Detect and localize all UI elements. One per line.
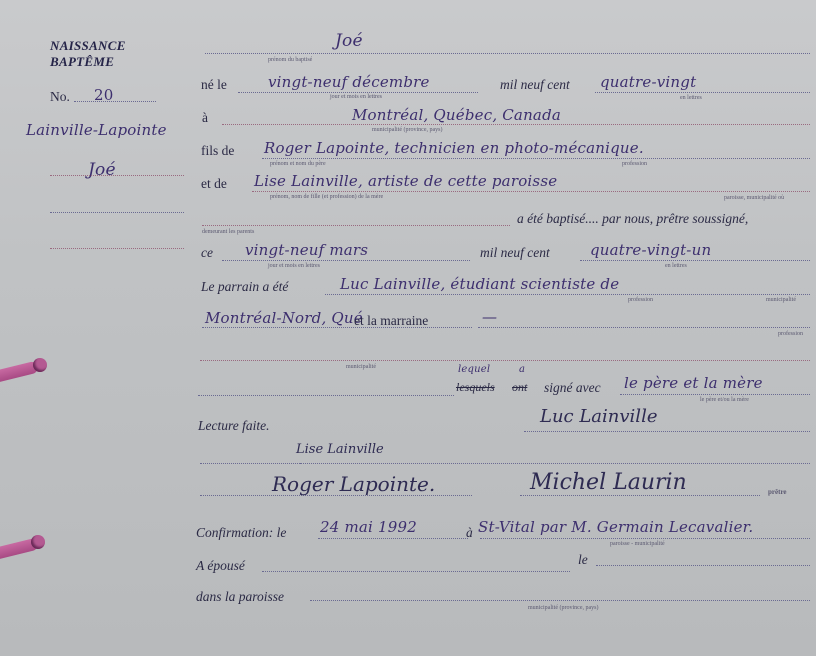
birth-place: Montréal, Québec, Canada (352, 106, 561, 124)
godmother: — (482, 308, 497, 326)
line-before-signed (198, 395, 454, 396)
confirmation-place-prefix: à (466, 525, 473, 541)
confirmation-label: Confirmation: le (196, 525, 286, 541)
signed-with: le père et la mère (624, 374, 763, 392)
label-born: né le (201, 77, 227, 93)
mother: Lise Lainville, artiste de cette paroiss… (254, 172, 557, 190)
line-birth-year (595, 92, 810, 93)
caption-father-name: prénom et nom du père (270, 161, 326, 167)
margin-line-3 (50, 248, 184, 249)
lesquels-struck: lesquels (456, 380, 495, 395)
caption-baptism-year: en lettres (665, 263, 687, 269)
marriage-parish-field[interactable] (310, 600, 810, 601)
caption-municipality: municipalité (346, 364, 376, 370)
caption-birth-date: jour et mois en lettres (330, 94, 382, 100)
marriage-spouse-label: A épousé (196, 558, 245, 574)
label-godmother: et la marraine (354, 313, 428, 329)
heading-naissance: NAISSANCE (50, 38, 126, 54)
record-number-label: No. (50, 89, 70, 105)
label-birth-year-prefix: mil neuf cent (500, 77, 570, 93)
line-confirmation-date (318, 538, 468, 539)
record-number-line (74, 101, 156, 102)
label-place: à (202, 110, 208, 126)
reading-done: Lecture faite. (198, 418, 269, 434)
line-municipality (200, 360, 810, 361)
caption-confirmation: paroisse - municipalité (610, 541, 665, 547)
caption-godfather-profession: profession (628, 297, 653, 303)
signature-godfather: Luc Lainville (540, 406, 657, 427)
line-signature-priest (520, 495, 760, 496)
caption-birth-year: en lettres (680, 95, 702, 101)
label-godfather: Le parrain a été (201, 279, 288, 295)
caption-priest: prêtre (768, 488, 787, 496)
line-signature-2 (300, 463, 810, 464)
margin-line-1 (50, 175, 184, 176)
signature-father: Roger Lapointe. (272, 472, 435, 496)
father: Roger Lapointe, technicien en photo-méca… (264, 139, 644, 157)
line-birth-place (222, 124, 810, 125)
caption-baptism-date: jour et mois en lettres (268, 263, 320, 269)
ont-struck: ont (512, 380, 527, 395)
marriage-parish-label: dans la paroisse (196, 589, 284, 605)
heading-bapteme: BAPTÊME (50, 54, 114, 70)
line-mother (252, 191, 810, 192)
marriage-date-field[interactable] (596, 565, 810, 566)
line-baptism-date (222, 260, 470, 261)
caption-mother: prénom, nom de fille (et profession) de … (270, 194, 383, 200)
signature-priest: Michel Laurin (530, 470, 687, 495)
label-baptism-date: ce (201, 245, 213, 261)
line-child-name (205, 53, 810, 54)
confirmation-place: St-Vital par M. Germain Lecavalier. (478, 518, 753, 536)
line-godfather-place (202, 327, 472, 328)
birth-year: quatre-vingt (600, 73, 696, 91)
godfather-place: Montréal-Nord, Qué (205, 309, 363, 327)
baptism-day-month: vingt-neuf mars (245, 241, 368, 259)
caption-child-name: prénom du baptisé (268, 57, 312, 63)
caption-residence: demeurant les parents (202, 229, 254, 235)
label-baptism-year-prefix: mil neuf cent (480, 245, 550, 261)
margin-given-name: Joé (88, 160, 116, 180)
line-signature-left-a (200, 463, 300, 464)
line-signed-with (620, 394, 810, 395)
caption-godfather-municipality: municipalité (766, 297, 796, 303)
birth-day-month: vingt-neuf décembre (268, 73, 430, 91)
line-residence (202, 225, 510, 226)
child-given-name: Joé (335, 31, 363, 51)
caption-birth-place: municipalité (province, pays) (372, 127, 442, 133)
baptism-year: quatre-vingt-un (590, 241, 711, 259)
line-baptism-year (580, 260, 810, 261)
line-godmother (478, 327, 810, 328)
confirmation-date: 24 mai 1992 (320, 518, 417, 536)
caption-marriage-parish: municipalité (province, pays) (528, 605, 598, 611)
label-mother: et de (201, 176, 227, 192)
godfather: Luc Lainville, étudiant scientiste de (340, 275, 619, 293)
line-father (262, 158, 810, 159)
signed-with-text: signé avec (544, 380, 601, 396)
lequel-handwritten: lequel (458, 364, 490, 375)
caption-signed-with: le père et/ou la mère (700, 397, 749, 403)
label-father: fils de (201, 143, 234, 159)
line-birth-date (238, 92, 478, 93)
marriage-spouse-field[interactable] (262, 571, 570, 572)
marriage-date-label: le (578, 552, 588, 568)
caption-mother-right: paroisse, municipalité où (724, 195, 784, 201)
margin-family-name: Lainville-Lapointe (26, 121, 167, 139)
a-handwritten: a (519, 364, 525, 375)
baptized-text: a été baptisé.... par nous, prêtre souss… (517, 211, 748, 227)
caption-father-profession: profession (622, 161, 647, 167)
caption-godmother-profession: profession (778, 331, 803, 337)
signature-mother: Lise Lainville (296, 442, 384, 457)
line-confirmation-place (480, 538, 810, 539)
margin-line-2 (50, 212, 184, 213)
line-godfather (325, 294, 810, 295)
register-page: NAISSANCE BAPTÊME No. 20 Lainville-Lapoi… (0, 0, 816, 656)
record-number-value: 20 (94, 86, 114, 104)
line-signature-1 (524, 431, 810, 432)
